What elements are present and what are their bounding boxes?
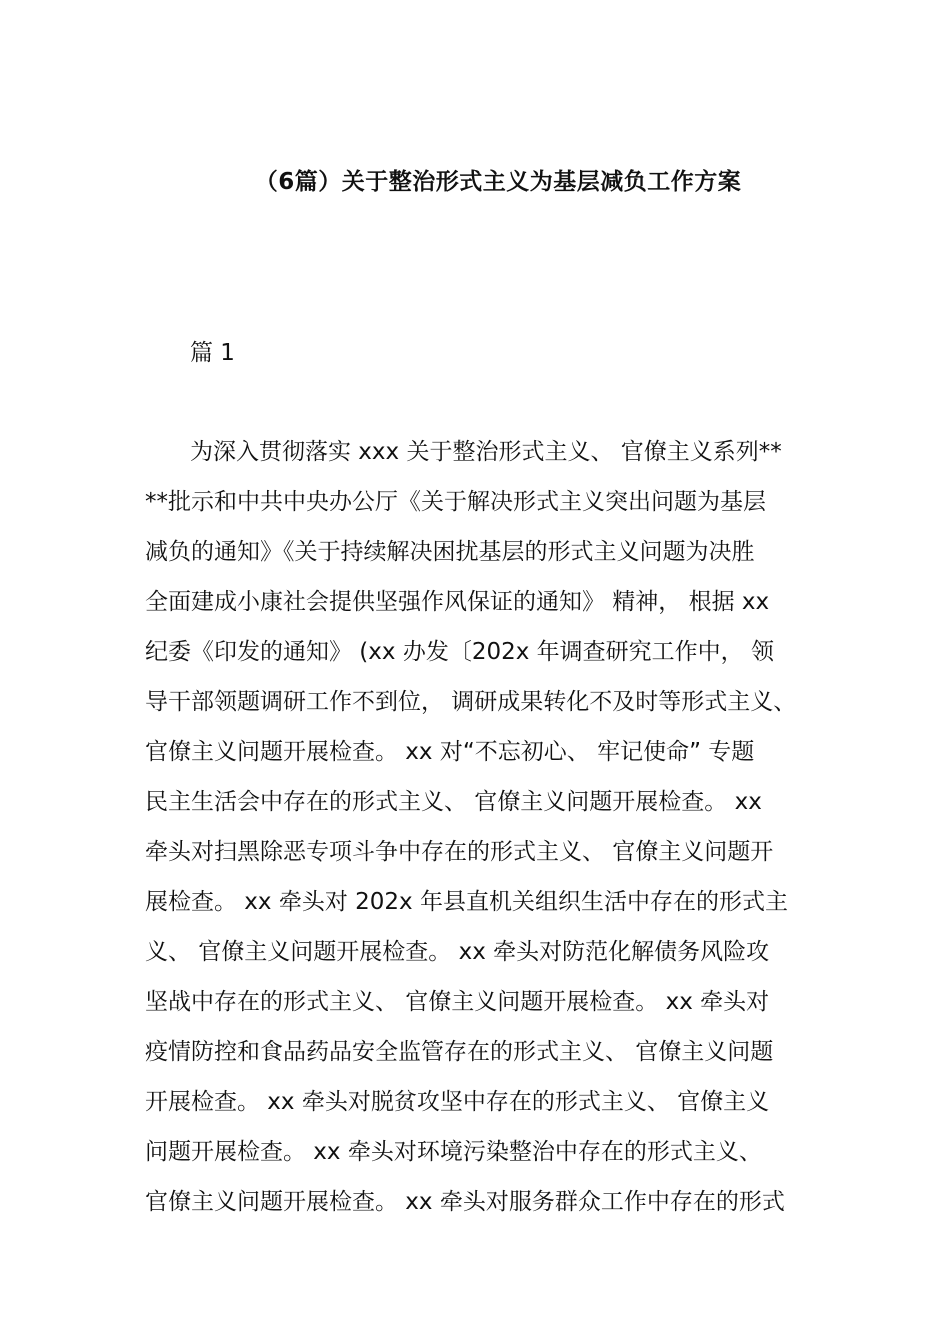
document-title: （6篇）关于整治形式主义为基层减负工作方案	[0, 163, 950, 196]
body-line: 疫情防控和食品药品安全监管存在的形式主义、 官僚主义问题	[145, 1033, 773, 1066]
body-line: 义、 官僚主义问题开展检查。 xx 牵头对防范化解债务风险攻	[145, 933, 769, 966]
body-line: 问题开展检查。 xx 牵头对环境污染整治中存在的形式主义、	[145, 1133, 762, 1166]
body-line: 官僚主义问题开展检查。 xx 牵头对服务群众工作中存在的形式	[145, 1183, 785, 1216]
body-line: 为深入贯彻落实 xxx 关于整治形式主义、 官僚主义系列**	[190, 433, 782, 466]
body-line: 坚战中存在的形式主义、 官僚主义问题开展检查。 xx 牵头对	[145, 983, 769, 1016]
body-line: **批示和中共中央办公厅《关于解决形式主义突出问题为基层	[145, 483, 766, 516]
body-line: 全面建成小康社会提供坚强作风保证的通知》 精神， 根据 xx	[145, 583, 769, 616]
body-line: 牵头对扫黑除恶专项斗争中存在的形式主义、 官僚主义问题开	[145, 833, 773, 866]
section-heading: 篇 1	[190, 334, 235, 367]
body-line: 开展检查。 xx 牵头对脱贫攻坚中存在的形式主义、 官僚主义	[145, 1083, 769, 1116]
body-line: 官僚主义问题开展检查。 xx 对“不忘初心、 牢记使命” 专题	[145, 733, 754, 766]
body-line: 展检查。 xx 牵头对 202x 年县直机关组织生活中存在的形式主	[145, 883, 788, 916]
body-line: 民主生活会中存在的形式主义、 官僚主义问题开展检查。 xx	[145, 783, 762, 816]
body-line: 导干部领题调研工作不到位， 调研成果转化不及时等形式主义、	[145, 683, 796, 716]
body-line: 减负的通知》《关于持续解决困扰基层的形式主义问题为决胜	[145, 533, 755, 566]
body-line: 纪委《印发的通知》 (xx 办发〔202x 年调查研究工作中， 领	[145, 633, 774, 666]
